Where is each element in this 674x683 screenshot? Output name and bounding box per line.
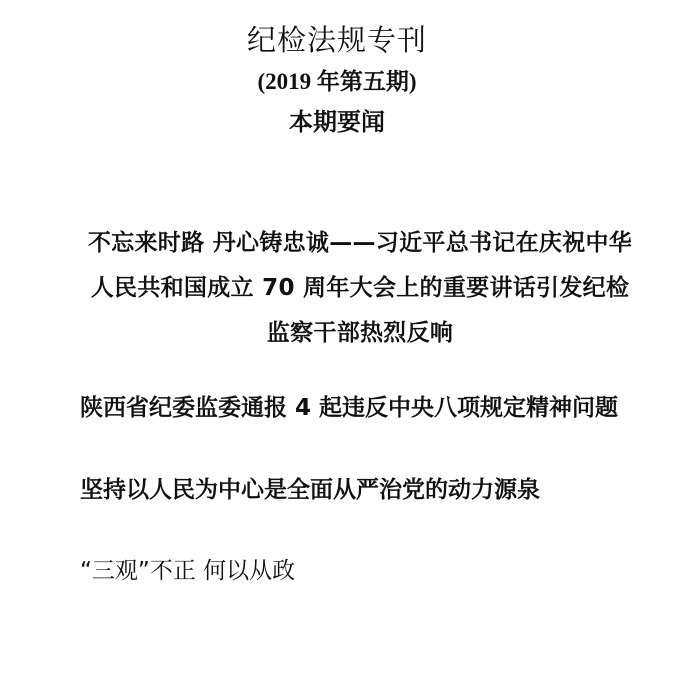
document-title: 纪检法规专刊 (0, 20, 674, 60)
headline-item[interactable]: 陕西省纪委监委通报 4 起违反中央八项规定精神问题 (80, 390, 640, 426)
section-heading: 本期要闻 (0, 106, 674, 138)
issue-subtitle: (2019 年第五期) (0, 66, 674, 98)
headline-item[interactable]: “三观”不正 何以从政 (80, 553, 640, 589)
headline-item[interactable]: 不忘来时路 丹心铸忠诚——习近平总书记在庆祝中华人民共和国成立 70 周年大会上… (80, 221, 640, 356)
headline-item[interactable]: 坚持以人民为中心是全面从严治党的动力源泉 (80, 472, 640, 508)
document-page: 纪检法规专刊 (2019 年第五期) 本期要闻 不忘来时路 丹心铸忠诚——习近平… (0, 0, 674, 683)
